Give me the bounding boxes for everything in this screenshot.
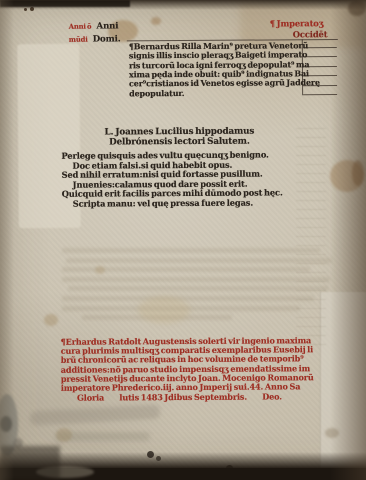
colophon: ¶Erhardus Ratdolt Augustensis solerti vi…: [61, 335, 296, 402]
notice-line: cer⁹cristianos id Venetos egisse agrũ Ja…: [129, 78, 320, 89]
running-header-right-line1: ¶ Jmperatoʒ: [270, 18, 324, 28]
poem-line: Perlege quisquis ades vultu quęcunqʒ ben…: [61, 149, 282, 160]
colophon-footer: Gloria lutis 1483 Jdibus Septembris. Deo…: [61, 391, 296, 402]
colophon-footer-center: lutis 1483 Jdibus Septembris.: [104, 392, 262, 403]
page-leaf: Anni ō Anni mūdi Domi. ¶ Jmperatoʒ Occid…: [0, 0, 366, 480]
poem: Perlege quisquis ades vultu quęcunqʒ ben…: [61, 149, 282, 208]
poem-line: Scripta manu: vel quę pressa fuere legas…: [73, 197, 283, 208]
running-header-left: Anni ō Anni mūdi Domi.: [69, 18, 121, 44]
header-left-black2: Domi.: [93, 34, 121, 44]
page-top-left-edge-dark: [0, 0, 130, 7]
notice-line: depopulatur.: [129, 87, 320, 98]
salutation-line2: Delbrónensis lectori Salutem.: [99, 136, 259, 147]
page-left-edge-shadow: [0, 0, 14, 480]
colophon-footer-left: Gloria: [77, 393, 104, 403]
header-left-black1: Anni: [97, 21, 119, 31]
page-right-edge-shadow: [330, 0, 366, 480]
poem-line: Sed nihil erratum:nisi quid fortasse pus…: [62, 168, 283, 179]
header-left-red2: mūdi: [69, 36, 88, 44]
notice-paragraph: ¶Bernardus Rilla Marin⁹ pretura Venetorũ…: [129, 40, 320, 97]
colophon-footer-right: Deo.: [262, 392, 282, 402]
photo-of-incunable-page: Anni ō Anni mūdi Domi. ¶ Jmperatoʒ Occid…: [0, 0, 366, 480]
running-header-right-line2: Occidēt: [293, 29, 328, 39]
printed-area: Anni ō Anni mūdi Domi. ¶ Jmperatoʒ Occid…: [0, 0, 366, 480]
colophon-line: imperatore Phrederico.iij. anno Jmperij …: [61, 381, 296, 392]
